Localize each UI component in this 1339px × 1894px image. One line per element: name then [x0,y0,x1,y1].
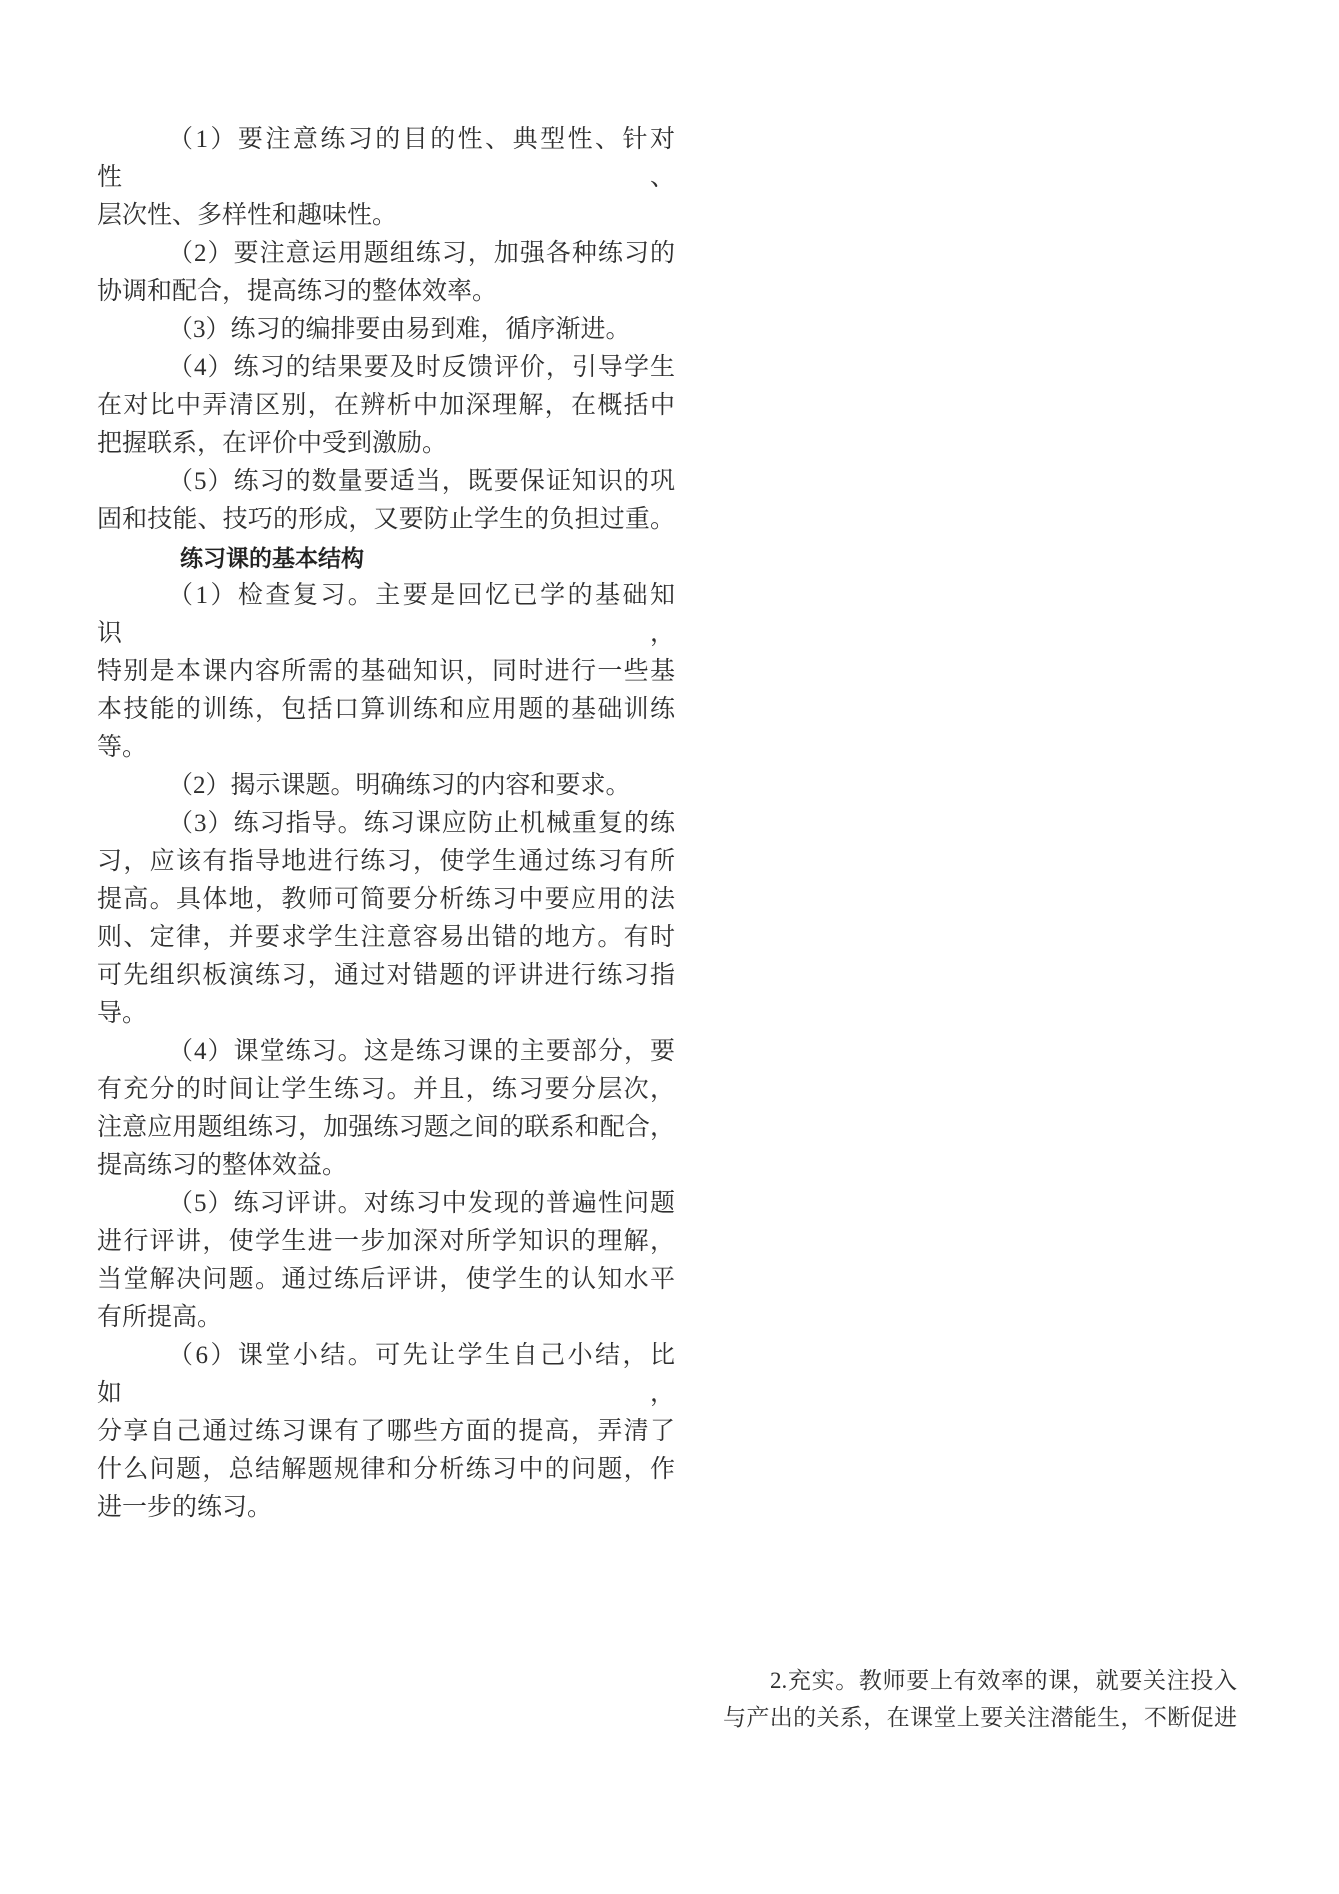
paragraph-first-line: （4）练习的结果要及时反馈评价，引导学生 [97,349,675,387]
section-heading: 练习课的基本结构 [97,539,675,577]
text-line: 在对比中弄清区别，在辨析中加深理解，在概括中 [97,387,675,425]
text-line: 与产出的关系，在课堂上要关注潜能生，不断促进 [723,1699,1237,1736]
paragraph-first-line: （5）练习评讲。对练习中发现的普遍性问题 [97,1185,675,1223]
paragraph-first-line: （3）练习指导。练习课应防止机械重复的练 [97,805,675,843]
text-line: 进行评讲，使学生进一步加深对所学知识的理解， [97,1223,675,1261]
bottom-text-block: 2.充实。教师要上有效率的课，就要关注投入与产出的关系，在课堂上要关注潜能生，不… [723,1662,1237,1736]
text-line: 有充分的时间让学生练习。并且，练习要分层次， [97,1071,675,1109]
paragraph-first-line: （1）检查复习。主要是回忆已学的基础知识， [97,577,675,653]
paragraph-first-line: （2）揭示课题。明确练习的内容和要求。 [97,767,675,805]
text-line: 什么问题，总结解题规律和分析练习中的问题，作 [97,1451,675,1489]
text-line: 提高。具体地，教师可简要分析练习中要应用的法 [97,881,675,919]
paragraph-first-line: （6）课堂小结。可先让学生自己小结，比如， [97,1337,675,1413]
main-text-column: （1）要注意练习的目的性、典型性、针对性、层次性、多样性和趣味性。（2）要注意运… [97,121,675,1527]
text-line: 本技能的训练，包括口算训练和应用题的基础训练 [97,691,675,729]
paragraph-last-line: 提高练习的整体效益。 [97,1147,675,1185]
paragraph-last-line: 层次性、多样性和趣味性。 [97,197,675,235]
paragraph-last-line: 导。 [97,995,675,1033]
paragraph-last-line: 把握联系，在评价中受到激励。 [97,425,675,463]
paragraph-first-line: （5）练习的数量要适当，既要保证知识的巩 [97,463,675,501]
paragraph-last-line: 固和技能、技巧的形成，又要防止学生的负担过重。 [97,501,675,539]
text-line: 习，应该有指导地进行练习，使学生通过练习有所 [97,843,675,881]
paragraph-first-line: （4）课堂练习。这是练习课的主要部分，要 [97,1033,675,1071]
text-line: 分享自己通过练习课有了哪些方面的提高，弄清了 [97,1413,675,1451]
text-line: 则、定律，并要求学生注意容易出错的地方。有时 [97,919,675,957]
text-line: 注意应用题组练习，加强练习题之间的联系和配合， [97,1109,675,1147]
document-page: （1）要注意练习的目的性、典型性、针对性、层次性、多样性和趣味性。（2）要注意运… [0,0,1339,1894]
text-line: 可先组织板演练习，通过对错题的评讲进行练习指 [97,957,675,995]
paragraph-last-line: 有所提高。 [97,1299,675,1337]
paragraph-first-line: 2.充实。教师要上有效率的课，就要关注投入 [723,1662,1237,1699]
paragraph-last-line: 等。 [97,729,675,767]
text-line: 特别是本课内容所需的基础知识，同时进行一些基 [97,653,675,691]
text-line: 当堂解决问题。通过练后评讲，使学生的认知水平 [97,1261,675,1299]
paragraph-first-line: （2）要注意运用题组练习，加强各种练习的 [97,235,675,273]
paragraph-first-line: （1）要注意练习的目的性、典型性、针对性、 [97,121,675,197]
paragraph-last-line: 协调和配合，提高练习的整体效率。 [97,273,675,311]
paragraph-last-line: 进一步的练习。 [97,1489,675,1527]
paragraph-first-line: （3）练习的编排要由易到难，循序渐进。 [97,311,675,349]
